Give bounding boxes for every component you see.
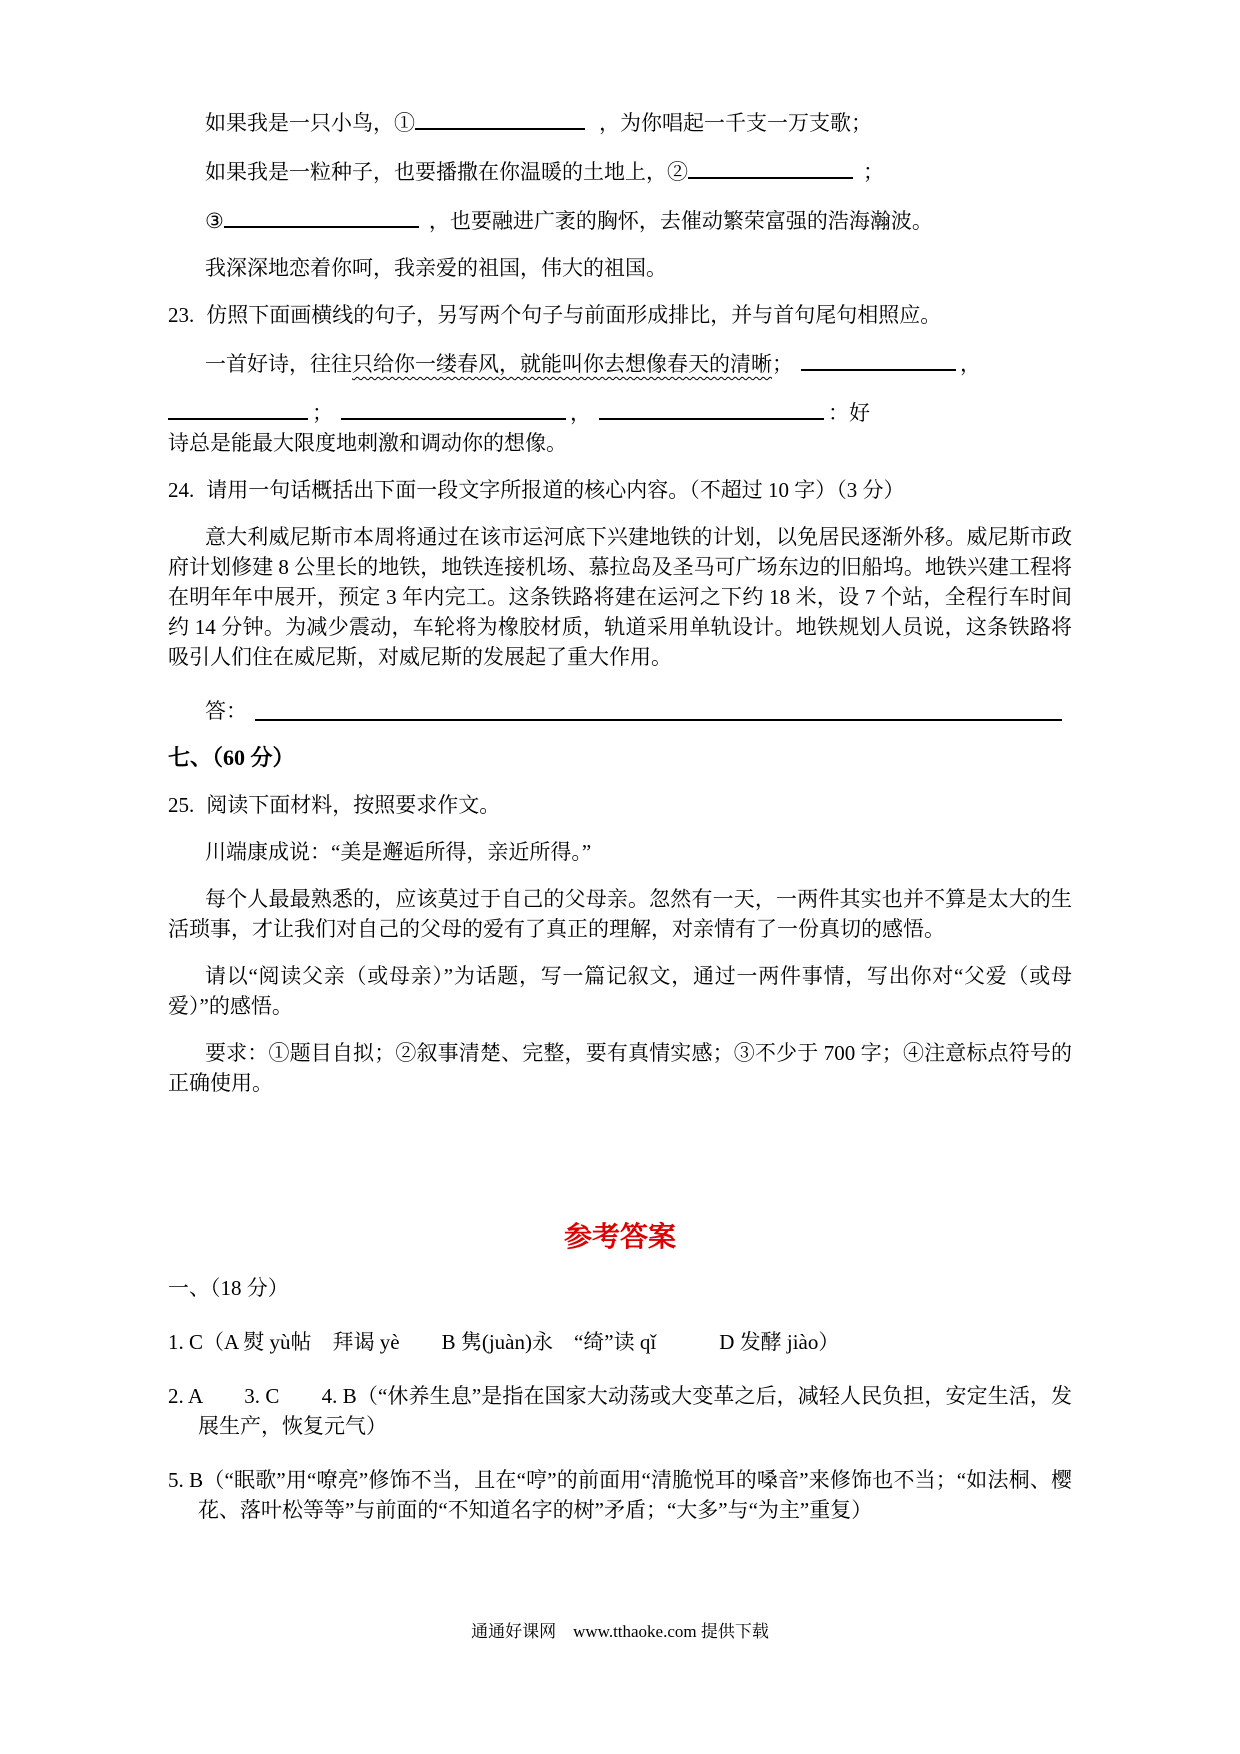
- question-25-prompt: 25.阅读下面材料，按照要求作文。: [168, 790, 1072, 820]
- answer-blank: [255, 719, 1062, 721]
- fill-blank-3: [224, 204, 419, 228]
- question-23-example-line: 一首好诗，往往只给你一缕春风，就能叫你去想像春天的清晰；，: [168, 347, 1072, 379]
- poem-section: 如果我是一只小鸟，①，为你唱起一千支一万支歌； 如果我是一粒种子，也要播撒在你温…: [168, 106, 1072, 283]
- answers-part-one-label: 一、（18 分）: [168, 1273, 1072, 1303]
- quote-paragraph: 川端康成说：“美是邂逅所得，亲近所得。”: [168, 837, 1072, 867]
- question-25-text: 阅读下面材料，按照要求作文。: [206, 793, 500, 817]
- question-25: 25.阅读下面材料，按照要求作文。 川端康成说：“美是邂逅所得，亲近所得。” 每…: [168, 790, 1072, 1098]
- semicolon-separator: ；: [312, 401, 333, 425]
- requirements-paragraph: 要求：①题目自拟；②叙事清楚、完整，要有真情实感；③不少于 700 字；④注意标…: [168, 1038, 1072, 1098]
- question-24-number: 24.: [168, 478, 194, 502]
- poem-line3-post: ，也要融进广袤的胸怀，去催动繁荣富强的浩海瀚波。: [429, 209, 933, 233]
- fill-blank-1: [415, 106, 585, 130]
- example-wavy-underlined-text: 只给你一缕春风，就能叫你去想像春天的清晰: [352, 352, 772, 376]
- poem-line-4: 我深深地恋着你呵，我亲爱的祖国，伟大的祖国。: [168, 253, 1072, 283]
- reference-answers-section: 参考答案 一、（18 分） 1. C（A 熨 yù帖 拜谒 yè B 隽(juà…: [168, 1218, 1072, 1525]
- question-25-number: 25.: [168, 793, 194, 817]
- venice-news-passage: 意大利威尼斯市本周将通过在该市运河底下兴建地铁的计划，以免居民逐渐外移。威尼斯市…: [168, 522, 1072, 672]
- example-semicolon: ；: [772, 352, 793, 376]
- poem-line1-pre: 如果我是一只小鸟，①: [205, 111, 415, 135]
- question-23-tail-line: 诗总是能最大限度地刺激和调动你的想像。: [168, 428, 1072, 458]
- poem-line-3: ③，也要融进广袤的胸怀，去催动繁荣富强的浩海瀚波。: [168, 204, 1072, 236]
- fill-blank-4: [801, 347, 956, 371]
- poem-line-1: 如果我是一只小鸟，①，为你唱起一千支一万支歌；: [168, 106, 1072, 138]
- section-seven-heading: 七、（60 分）: [168, 743, 1072, 773]
- question-24-answer-line: 答：: [168, 696, 1072, 726]
- answer-item-1: 1. C（A 熨 yù帖 拜谒 yè B 隽(juàn)永 “绮”读 qǐ D …: [168, 1327, 1072, 1357]
- fill-blank-6: [341, 396, 566, 420]
- example-plain-text: 一首好诗，往往: [205, 352, 352, 376]
- reference-answers-title: 参考答案: [168, 1218, 1072, 1258]
- comma-separator: ，: [570, 401, 591, 425]
- question-23-text: 仿照下面画横线的句子，另写两个句子与前面形成排比，并与首句尾句相照应。: [206, 303, 941, 327]
- question-24-prompt: 24.请用一句话概括出下面一段文字所报道的核心内容。（不超过 10 字）（3 分…: [168, 475, 1072, 505]
- fill-blank-7: [599, 396, 824, 420]
- footer-download-note: 通通好课网 www.tthaoke.com 提供下载: [0, 1620, 1240, 1644]
- poem-line2-pre: 如果我是一粒种子，也要播撒在你温暖的土地上，②: [205, 160, 688, 184]
- answer-item-5: 5. B（“眠歌”用“嘹亮”修饰不当，且在“哼”的前面用“清脆悦耳的嗓音”来修饰…: [168, 1465, 1072, 1525]
- topic-paragraph: 请以“阅读父亲（或母亲）”为话题，写一篇记叙文，通过一两件事情，写出你对“父爱（…: [168, 961, 1072, 1021]
- question-24-text: 请用一句话概括出下面一段文字所报道的核心内容。（不超过 10 字）（3 分）: [206, 478, 904, 502]
- poem-line1-post: ，为你唱起一千支一万支歌；: [599, 111, 872, 135]
- question-23-blanks-line: ；，：好: [168, 396, 1072, 428]
- material-paragraph: 每个人最最熟悉的，应该莫过于自己的父母亲。忽然有一天，一两件其实也并不算是太大的…: [168, 884, 1072, 944]
- fill-blank-2: [688, 155, 853, 179]
- answer-item-2-3-4: 2. A 3. C 4. B（“休养生息”是指在国家大动荡或大变革之后，减轻人民…: [168, 1381, 1072, 1441]
- fill-blank-5: [168, 396, 308, 420]
- answer-label: 答：: [205, 696, 247, 726]
- question-24: 24.请用一句话概括出下面一段文字所报道的核心内容。（不超过 10 字）（3 分…: [168, 475, 1072, 726]
- comma-after-blank: ，: [960, 352, 981, 376]
- question-23-prompt: 23.仿照下面画横线的句子，另写两个句子与前面形成排比，并与首句尾句相照应。: [168, 300, 1072, 330]
- question-23-number: 23.: [168, 303, 194, 327]
- poem-line2-post: ；: [863, 160, 884, 184]
- poem-line-2: 如果我是一粒种子，也要播撒在你温暖的土地上，②；: [168, 155, 1072, 187]
- poem-line3-pre: ③: [205, 209, 224, 233]
- question-23: 23.仿照下面画横线的句子，另写两个句子与前面形成排比，并与首句尾句相照应。 一…: [168, 300, 1072, 458]
- colon-and-tail-start: ：好: [828, 401, 870, 425]
- exam-page: 如果我是一只小鸟，①，为你唱起一千支一万支歌； 如果我是一粒种子，也要播撒在你温…: [0, 0, 1240, 1754]
